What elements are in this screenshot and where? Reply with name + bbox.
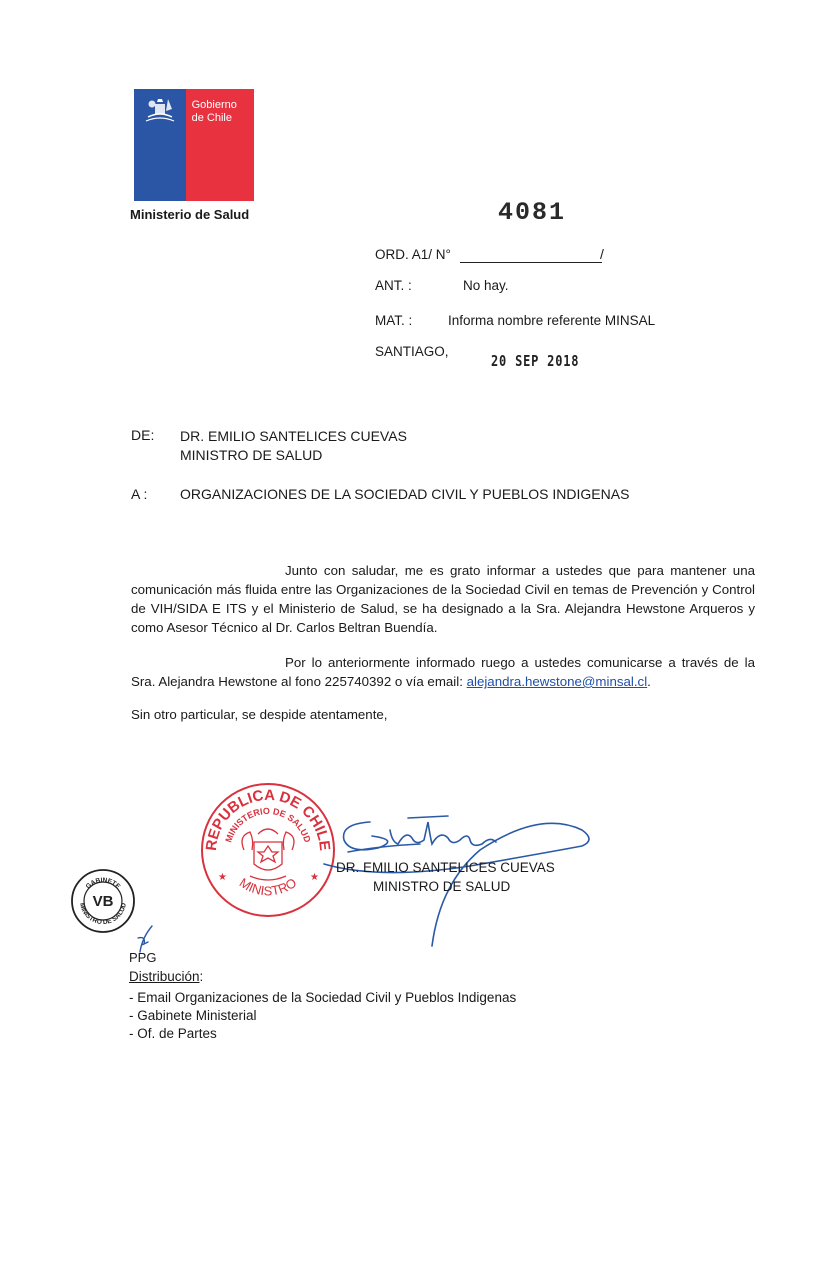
distribution-list: - Email Organizaciones de la Sociedad Ci…	[129, 989, 516, 1043]
from-block: DR. EMILIO SANTELICES CUEVAS MINISTRO DE…	[180, 427, 407, 465]
signature-scribble	[320, 800, 600, 950]
distribution-title: Distribución:	[129, 969, 203, 984]
initials-text: PPG	[129, 950, 156, 965]
svg-text:★: ★	[218, 872, 227, 883]
ord-slash: /	[600, 246, 604, 262]
to-value: ORGANIZACIONES DE LA SOCIEDAD CIVIL Y PU…	[180, 486, 629, 502]
to-label: A :	[131, 486, 147, 502]
ord-label: ORD. A1/ N°	[375, 247, 451, 262]
paragraph-1-text: Junto con saludar, me es grato informar …	[131, 563, 755, 635]
logo-red-panel: Gobierno de Chile	[186, 89, 254, 201]
email-link[interactable]: alejandra.hewstone@minsal.cl	[467, 674, 648, 689]
logo-text-line1: Gobierno	[192, 99, 237, 112]
signatory-name: DR. EMILIO SANTELICES CUEVAS	[336, 860, 555, 875]
coat-of-arms-icon	[142, 95, 178, 125]
place-label: SANTIAGO,	[375, 344, 449, 359]
ministry-seal-stamp: REPUBLICA DE CHILE MINISTERIO DE SALUD M…	[198, 780, 338, 920]
ord-number-line	[460, 262, 602, 263]
paragraph-2-end: .	[647, 674, 651, 689]
seal-coat-of-arms-icon	[242, 829, 294, 880]
vb-top-text: GABINETE	[85, 877, 122, 891]
from-label: DE:	[131, 427, 154, 443]
ministry-name: Ministerio de Salud	[130, 207, 249, 222]
distribution-item: - Gabinete Ministerial	[129, 1007, 516, 1025]
closing-line: Sin otro particular, se despide atentame…	[131, 707, 388, 722]
paragraph-2-text: Por lo anteriormente informado ruego a u…	[131, 655, 755, 689]
ant-value: No hay.	[463, 278, 509, 293]
svg-text:★: ★	[310, 872, 319, 883]
document-number-stamp: 4081	[498, 198, 566, 227]
vb-center-text: VB	[93, 893, 114, 910]
date-stamp: 20 SEP 2018	[491, 352, 579, 370]
logo-text-line2: de Chile	[192, 112, 237, 125]
from-title: MINISTRO DE SALUD	[180, 446, 407, 465]
mat-value: Informa nombre referente MINSAL	[448, 313, 655, 328]
distribution-item: - Of. de Partes	[129, 1025, 516, 1043]
gobierno-de-chile-logo: Gobierno de Chile	[134, 89, 254, 201]
from-name: DR. EMILIO SANTELICES CUEVAS	[180, 427, 407, 446]
distribution-title-text: Distribución	[129, 969, 200, 984]
svg-text:GABINETE: GABINETE	[85, 877, 122, 891]
body-paragraph-2: Por lo anteriormente informado ruego a u…	[131, 653, 755, 691]
mat-label: MAT. :	[375, 313, 412, 328]
signatory-title: MINISTRO DE SALUD	[373, 879, 510, 894]
svg-text:MINISTRO: MINISTRO	[237, 875, 299, 898]
seal-bottom-text: MINISTRO	[237, 875, 299, 898]
logo-text: Gobierno de Chile	[192, 99, 237, 125]
distribution-item: - Email Organizaciones de la Sociedad Ci…	[129, 989, 516, 1007]
body-paragraph-1: Junto con saludar, me es grato informar …	[131, 561, 755, 637]
gabinete-vb-stamp: GABINETE MINISTRO DE SALUD VB	[70, 868, 136, 934]
logo-blue-panel	[134, 89, 186, 201]
distribution-colon: :	[200, 969, 204, 984]
ant-label: ANT. :	[375, 278, 412, 293]
